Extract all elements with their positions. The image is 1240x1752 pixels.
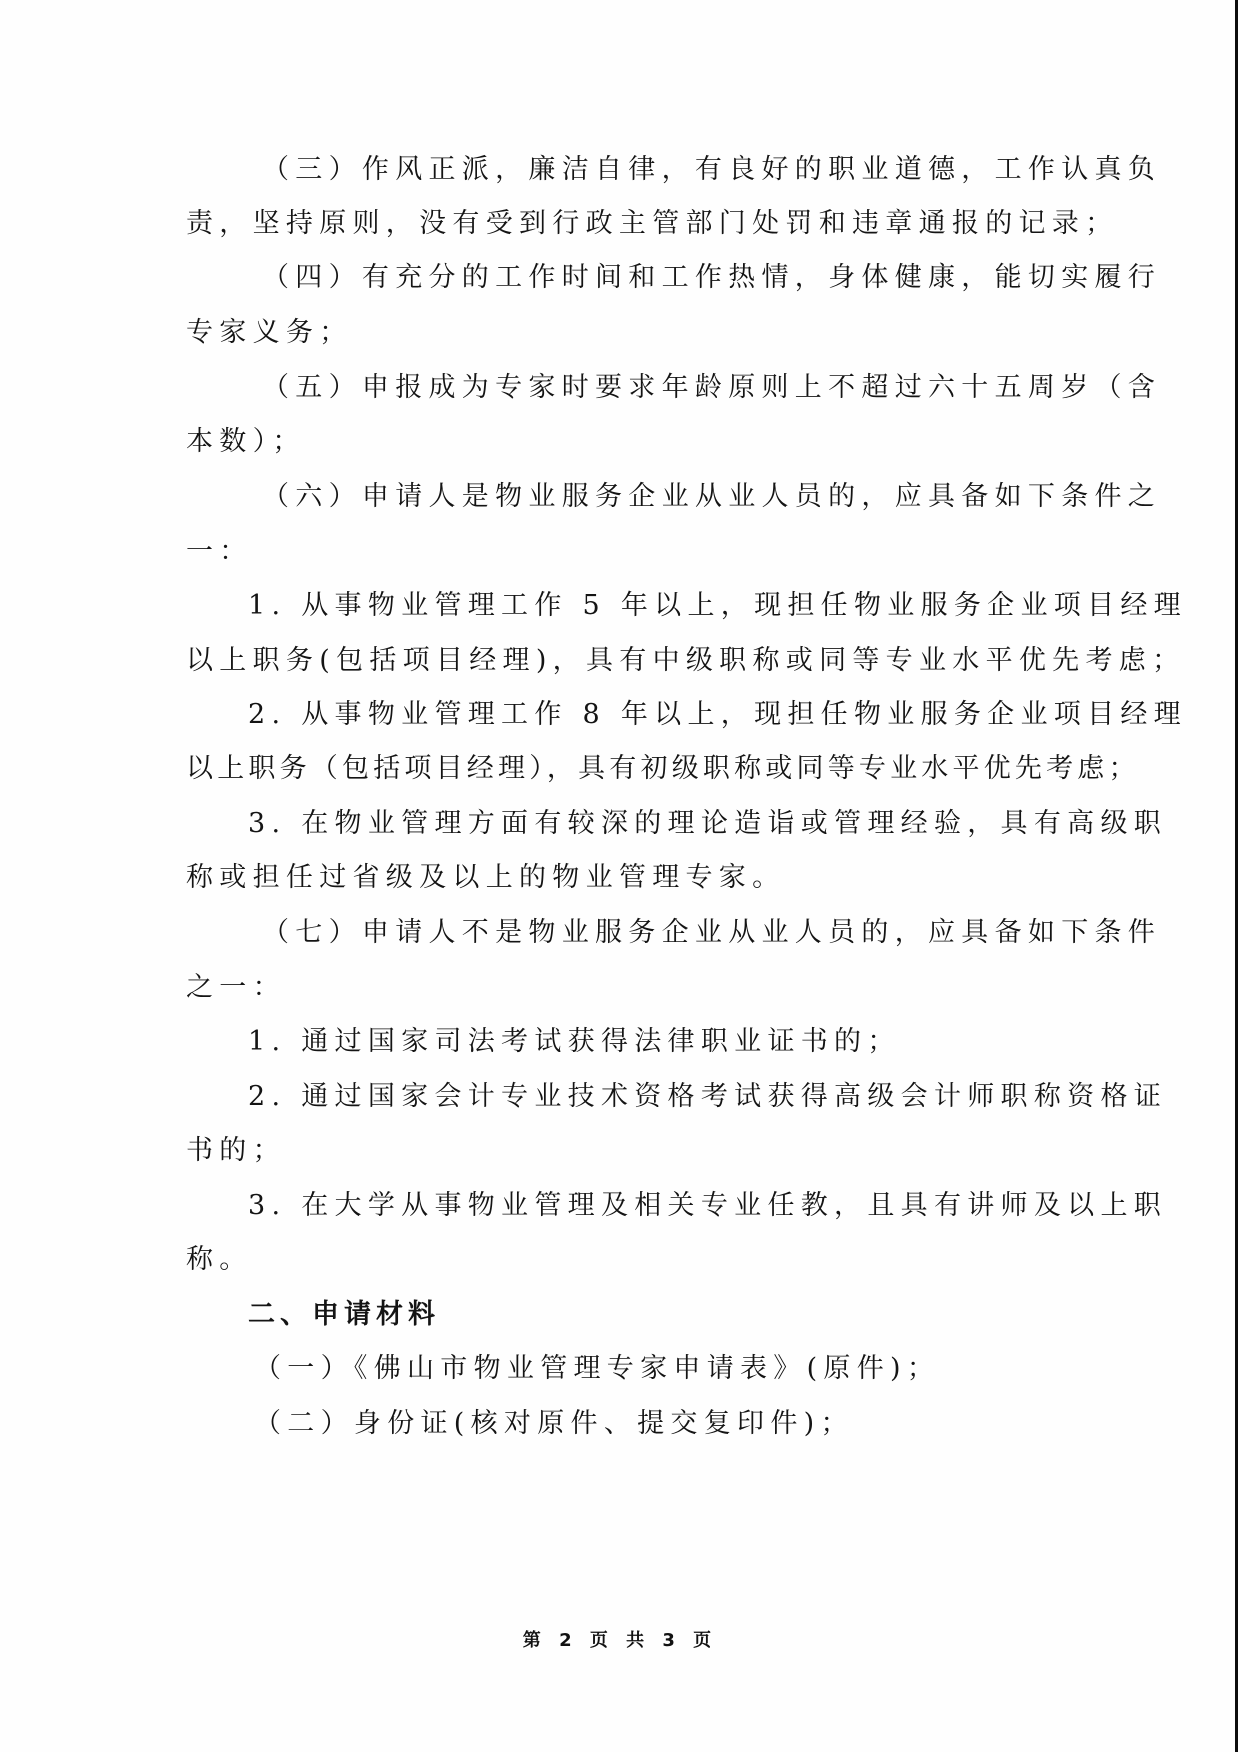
- paragraph-line: 一：: [186, 534, 253, 570]
- paragraph-line: 以上职务（包括项目经理），具有初级职称或同等专业水平优先考虑；: [186, 751, 1140, 787]
- paragraph-line-criterion-3: （三）作风正派，廉洁自律，有良好的职业道德，工作认真负: [262, 152, 1161, 188]
- materials-item-1: （一）《佛山市物业管理专家申请表》(原件)；: [254, 1351, 940, 1387]
- list-item-6-2: 2. 从事物业管理工作 8 年以上，现担任物业服务企业项目经理: [248, 697, 1187, 733]
- list-item-7-2: 2. 通过国家会计专业技术资格考试获得高级会计师职称资格证: [248, 1079, 1167, 1115]
- paragraph-line: 专家义务；: [186, 315, 353, 351]
- paragraph-line: 以上职务(包括项目经理)，具有中级职称或同等专业水平优先考虑；: [186, 643, 1185, 679]
- paragraph-line-criterion-6: （六）申请人是物业服务企业从业人员的，应具备如下条件之: [262, 479, 1161, 515]
- paragraph-line-criterion-5: （五）申报成为专家时要求年龄原则上不超过六十五周岁（含: [262, 370, 1161, 406]
- paragraph-line: 责，坚持原则，没有受到行政主管部门处罚和违章通报的记录；: [186, 206, 1118, 242]
- list-item-7-1: 1. 通过国家司法考试获得法律职业证书的；: [248, 1024, 901, 1060]
- paragraph-line: 之一：: [186, 970, 286, 1006]
- section-heading-application-materials: 二、申请材料: [248, 1297, 440, 1333]
- page-number-footer: 第 2 页 共 3 页: [0, 1626, 1240, 1652]
- document-page: （三）作风正派，廉洁自律，有良好的职业道德，工作认真负 责，坚持原则，没有受到行…: [0, 0, 1240, 1752]
- list-item-6-1: 1. 从事物业管理工作 5 年以上，现担任物业服务企业项目经理: [248, 588, 1187, 624]
- paragraph-line: 本数）；: [186, 424, 306, 460]
- paragraph-line: 称。: [186, 1242, 253, 1278]
- paragraph-line-criterion-7: （七）申请人不是物业服务企业从业人员的，应具备如下条件: [262, 915, 1161, 951]
- paragraph-line-criterion-4: （四）有充分的工作时间和工作热情，身体健康，能切实履行: [262, 260, 1161, 296]
- paragraph-line: 称或担任过省级及以上的物业管理专家。: [186, 860, 785, 896]
- materials-item-2: （二）身份证(核对原件、提交复印件)；: [254, 1406, 854, 1442]
- page-edge-line: [1235, 0, 1238, 1752]
- paragraph-line: 书的；: [186, 1133, 286, 1169]
- list-item-6-3: 3. 在物业管理方面有较深的理论造诣或管理经验，具有高级职: [248, 806, 1167, 842]
- list-item-7-3: 3. 在大学从事物业管理及相关专业任教，且具有讲师及以上职: [248, 1188, 1167, 1224]
